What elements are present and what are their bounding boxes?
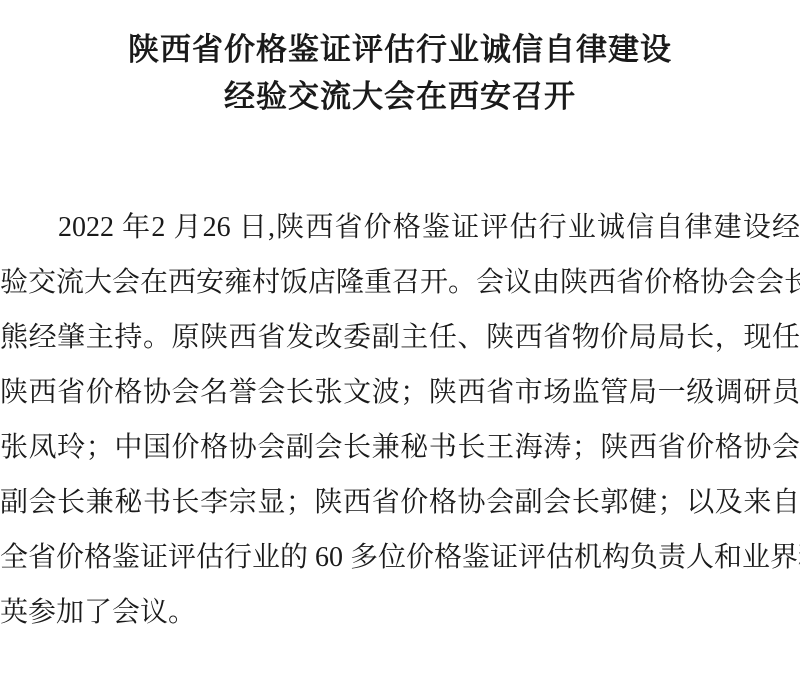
paragraph-line-7: 全省价格鉴证评估行业的 60 多位价格鉴证评估机构负责人和业界精 — [0, 530, 800, 585]
document-title: 陕西省价格鉴证评估行业诚信自律建设 经验交流大会在西安召开 — [0, 26, 800, 120]
document-paragraph: 2022 年2 月26 日,陕西省价格鉴证评估行业诚信自律建设经 验交流大会在西… — [0, 200, 800, 640]
document-page: 陕西省价格鉴证评估行业诚信自律建设 经验交流大会在西安召开 2022 年2 月2… — [0, 0, 800, 673]
document-title-line-2: 经验交流大会在西安召开 — [0, 73, 800, 120]
paragraph-line-8: 英参加了会议。 — [0, 585, 800, 640]
document-title-line-1: 陕西省价格鉴证评估行业诚信自律建设 — [0, 26, 800, 73]
paragraph-line-2: 验交流大会在西安雍村饭店隆重召开。会议由陕西省价格协会会长 — [0, 255, 800, 310]
paragraph-line-3: 熊经肇主持。原陕西省发改委副主任、陕西省物价局局长，现任 — [0, 310, 800, 365]
paragraph-line-5: 张凤玲；中国价格协会副会长兼秘书长王海涛；陕西省价格协会 — [0, 420, 800, 475]
paragraph-line-6: 副会长兼秘书长李宗显；陕西省价格协会副会长郭健；以及来自 — [0, 475, 800, 530]
paragraph-line-1: 2022 年2 月26 日,陕西省价格鉴证评估行业诚信自律建设经 — [0, 200, 800, 255]
paragraph-line-4: 陕西省价格协会名誉会长张文波；陕西省市场监管局一级调研员 — [0, 365, 800, 420]
